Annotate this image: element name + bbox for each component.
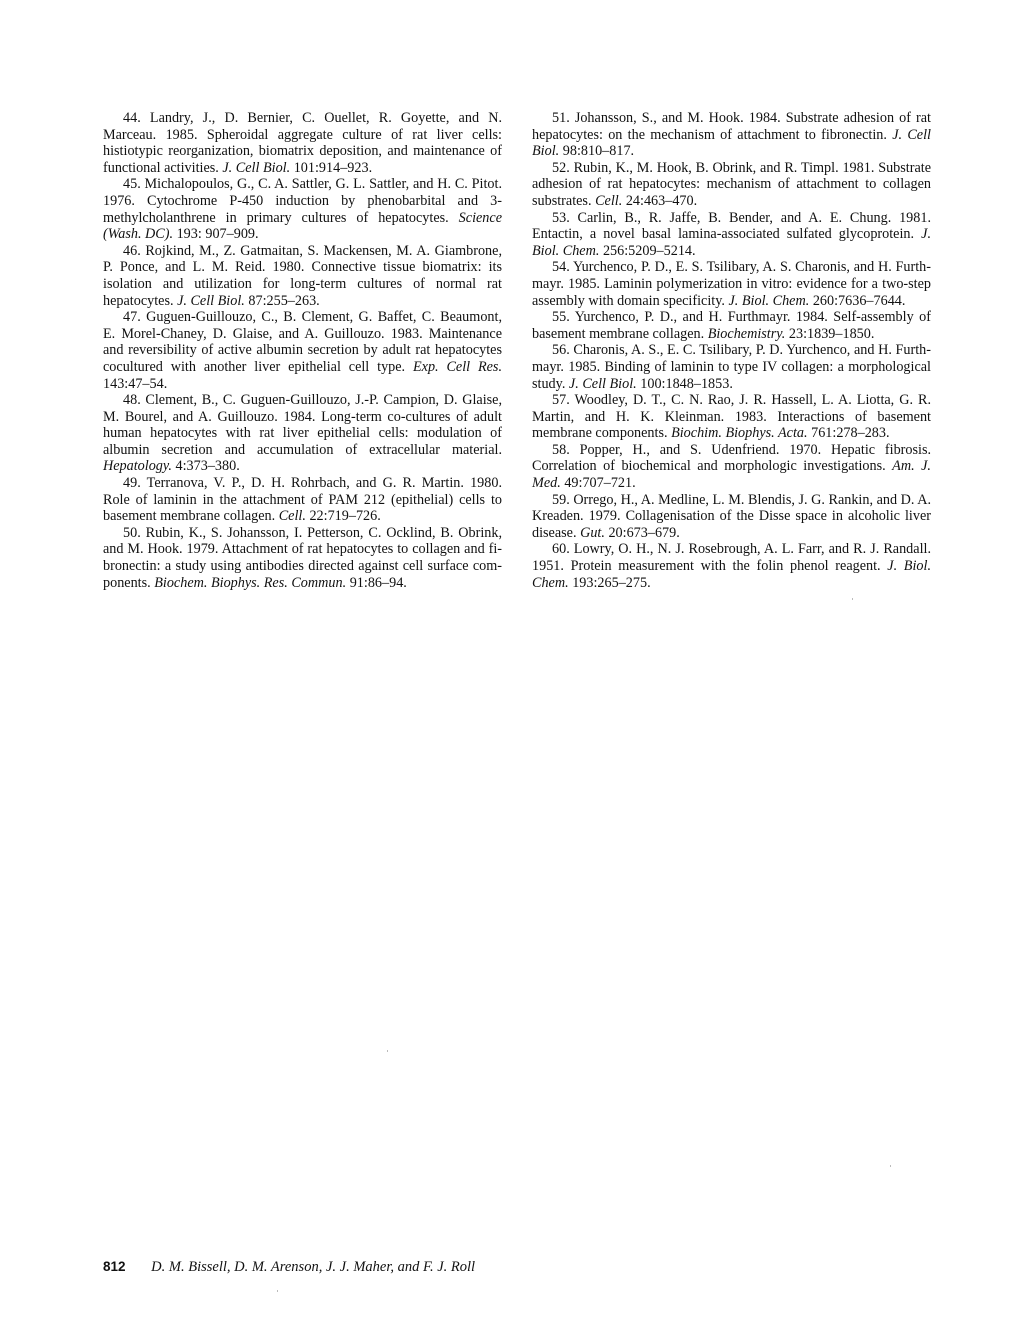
scan-speck	[387, 1050, 388, 1052]
journal-name: Hepatology.	[103, 458, 172, 474]
reference-58: 58. Popper, H., and S. Udenfriend. 1970.…	[532, 442, 931, 492]
journal-name: J. Biol. Chem.	[728, 293, 809, 309]
reference-49: 49. Terranova, V. P., D. H. Rohrbach, an…	[103, 475, 502, 525]
document-page: 44. Landry, J., D. Bernier, C. Ouellet, …	[0, 0, 1020, 1320]
journal-name: Gut.	[580, 525, 605, 541]
journal-name: J. Cell Biol.	[222, 160, 290, 176]
journal-name: Biochemistry.	[708, 326, 786, 342]
reference-45: 45. Michalopoulos, G., C. A. Sattler, G.…	[103, 176, 502, 242]
reference-51: 51. Johansson, S., and M. Hook. 1984. Su…	[532, 110, 931, 160]
reference-47: 47. Guguen-Guillouzo, C., B. Clement, G.…	[103, 309, 502, 392]
scan-speck	[890, 1165, 891, 1167]
reference-60: 60. Lowry, O. H., N. J. Rosebrough, A. L…	[532, 541, 931, 591]
journal-name: Exp. Cell Res.	[413, 359, 502, 375]
journal-name: Biochem. Biophys. Res. Commun.	[154, 575, 346, 591]
reference-54: 54. Yurchenco, P. D., E. S. Tsilibary, A…	[532, 259, 931, 309]
running-authors: D. M. Bissell, D. M. Arenson, J. J. Mahe…	[151, 1259, 475, 1275]
scan-speck	[277, 1290, 278, 1292]
reference-56: 56. Charonis, A. S., E. C. Tsilibary, P.…	[532, 342, 931, 392]
reference-52: 52. Rubin, K., M. Hook, B. Obrink, and R…	[532, 160, 931, 210]
page-number: 812	[103, 1259, 126, 1274]
reference-55: 55. Yurchenco, P. D., and H. Furthmayr. …	[532, 309, 931, 342]
reference-57: 57. Woodley, D. T., C. N. Rao, J. R. Has…	[532, 392, 931, 442]
journal-name: J. Cell Biol.	[177, 293, 245, 309]
journal-name: Biochim. Biophys. Acta.	[671, 425, 807, 441]
scan-speck	[852, 598, 853, 600]
reference-44: 44. Landry, J., D. Bernier, C. Ouellet, …	[103, 110, 502, 176]
reference-53: 53. Carlin, B., R. Jaffe, B. Bender, and…	[532, 210, 931, 260]
references-column-right: 51. Johansson, S., and M. Hook. 1984. Su…	[532, 110, 931, 591]
reference-50: 50. Rubin, K., S. Johansson, I. Petterso…	[103, 525, 502, 591]
reference-48: 48. Clement, B., C. Guguen-Guillouzo, J.…	[103, 392, 502, 475]
reference-59: 59. Orrego, H., A. Medline, L. M. Blendi…	[532, 492, 931, 542]
page-footer: 812 D. M. Bissell, D. M. Arenson, J. J. …	[103, 1259, 475, 1276]
journal-name: J. Cell Biol.	[569, 376, 637, 392]
references-column-left: 44. Landry, J., D. Bernier, C. Ouellet, …	[103, 110, 502, 591]
journal-name: Cell.	[279, 508, 306, 524]
reference-46: 46. Rojkind, M., Z. Gatmaitan, S. Macken…	[103, 243, 502, 309]
journal-name: Cell.	[595, 193, 622, 209]
